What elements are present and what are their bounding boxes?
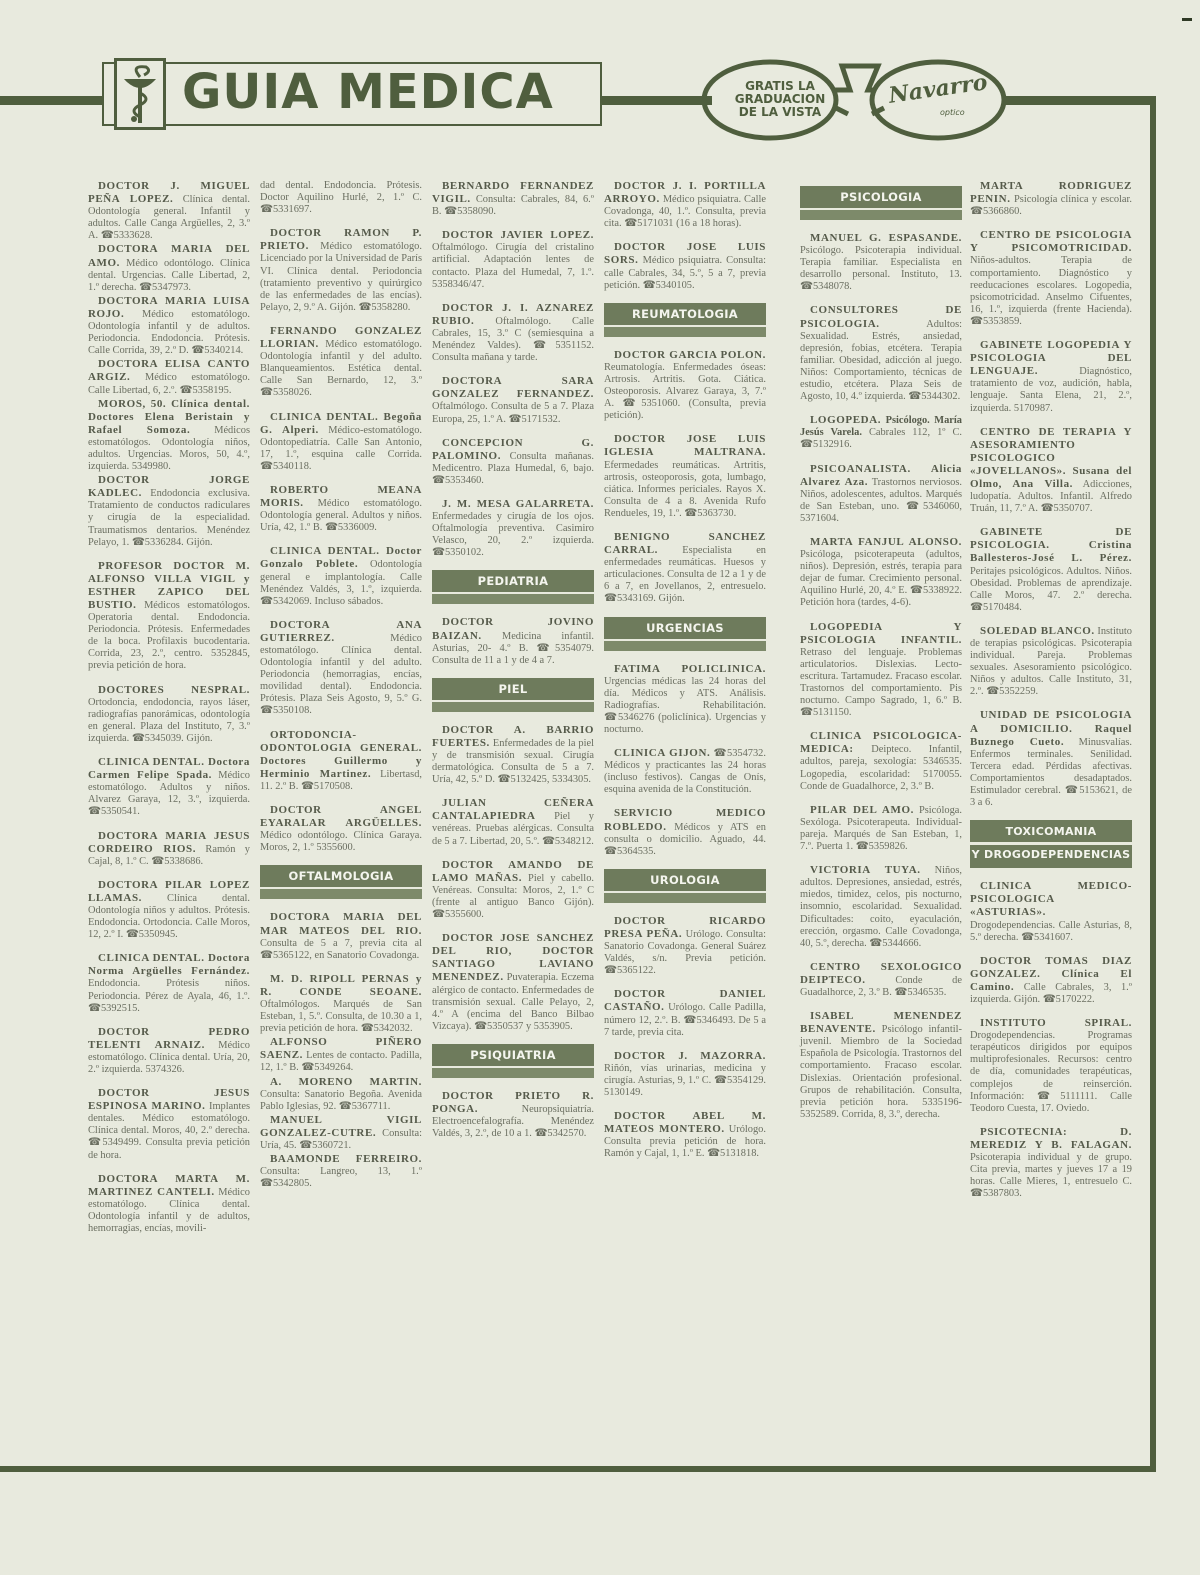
listing-name: MANUEL G. ESPASANDE. [810,232,962,244]
frame-bottom [0,1466,1156,1472]
listing-details: Riñón, vías urinarias, medicina y cirugí… [604,1063,766,1098]
listing-details: Niños-adultos. Terapia de comportamiento… [970,255,1132,326]
section-header: REUMATOLOGIA [604,303,766,337]
listing-entry: ROBERTO MEANA MORIS. Médico estomatólogo… [260,484,422,534]
listing-entry: DOCTOR JOSE SANCHEZ DEL RIO, DOCTOR SANT… [432,932,594,1033]
listing-details: Adultos: Sexualidad. Estrés, ansiedad, d… [800,319,962,403]
listing-details: Psicóloga, psicoterapeuta (adultos, niño… [800,549,962,608]
listing-entry: DOCTORES NESPRAL. Ortodoncia, endodoncia… [88,684,250,745]
listing-name: FATIMA POLICLINICA. [614,663,766,675]
listing-entry: UNIDAD DE PSICOLOGIA A DOMICILIO. Raquel… [970,709,1132,809]
listing-name: DOCTORA SARA GONZALEZ FERNANDEZ. [432,375,594,400]
listing-entry: DOCTOR TOMAS DIAZ GONZALEZ. Clínica El C… [970,955,1132,1006]
listing-entry: MARTA RODRIGUEZ PENIN. Psicología clínic… [970,180,1132,218]
listing-name: DOCTOR JOSE LUIS IGLESIA MALTRANA. [604,433,766,458]
listing-entry: CONCEPCION G. PALOMINO. Consulta mañanas… [432,437,594,487]
listing-details: Efermedades reumáticas. Artritis, artros… [604,460,766,519]
listing-entry: MARTA FANJUL ALONSO. Psicóloga, psicoter… [800,536,962,610]
listing-name: DOCTOR ANGEL EYARALAR ARGÜELLES. [260,804,422,829]
listing-entry: A. MORENO MARTIN. Consulta: Sanatorio Be… [260,1076,422,1113]
listing-details: Ortodoncia, endodoncia, rayos láser, rad… [88,697,250,744]
listing-entry: CLINICA DENTAL. Begoña G. Alperi. Médico… [260,411,422,473]
listing-entry: BERNARDO FERNANDEZ VIGIL. Consulta: Cabr… [432,180,594,218]
listing-name: DOCTORES NESPRAL. [98,684,250,696]
frame-right [1150,96,1156,1472]
listing-details: Retraso del lenguaje. Problemas articula… [800,647,962,718]
listing-entry: SOLEDAD BLANCO. Instituto de terapias ps… [970,625,1132,699]
column-4: DOCTOR J. I. PORTILLA ARROYO. Médico psi… [604,180,766,1171]
listing-details: Niños, adultos. Depresiones, ansiedad, e… [800,865,962,949]
listing-entry: CLINICA GIJON. ☎5354732. Médicos y pract… [604,747,766,796]
listing-name: CLINICA MEDICO-PSICOLOGICA «ASTURIAS». [970,880,1132,918]
listing-name: CLINICA DENTAL. Doctora Norma Argüelles … [88,952,250,977]
listing-entry: DOCTOR JOSE LUIS SORS. Médico psiquiatra… [604,241,766,291]
listing-entry: MANUEL G. ESPASANDE. Psicólogo. Psicoter… [800,232,962,293]
listing-details: dad dental. Endodoncia. Prótesis. Doctor… [260,180,422,215]
listing-entry: VICTORIA TUYA. Niños, adultos. Depresion… [800,864,962,950]
column-3: BERNARDO FERNANDEZ VIGIL. Consulta: Cabr… [432,180,594,1151]
column-1: DOCTOR J. MIGUEL PEÑA LOPEZ. Clínica den… [88,180,250,1246]
listing-entry: DOCTORA ANA GUTIERREZ. Médico estomatólo… [260,619,422,718]
listing-entry: DOCTOR JAVIER LOPEZ. Oftalmólogo. Cirugí… [432,229,594,290]
column-2: dad dental. Endodoncia. Prótesis. Doctor… [260,180,422,1201]
listing-entry: GABINETE DE PSICOLOGIA. Cristina Ballest… [970,526,1132,614]
listing-entry: CENTRO SEXOLOGICO DEIPTECO. Conde de Gua… [800,961,962,999]
masthead-rule-right [1002,96,1156,105]
corner-mark [1182,18,1192,21]
listing-details: Psicólogo. Psicoterapia individual. Tera… [800,245,962,292]
listing-entry: dad dental. Endodoncia. Prótesis. Doctor… [260,180,422,216]
listing-entry: J. M. MESA GALARRETA. Enfermedades y cir… [432,498,594,559]
listing-entry: DOCTOR RICARDO PRESA PEÑA. Urólogo. Cons… [604,915,766,977]
listing-entry: CLINICA PSICOLOGICA-MEDICA: Deipteco. In… [800,730,962,792]
listing-name: A. MORENO MARTIN. [270,1076,422,1088]
listing-entry: DOCTOR PEDRO TELENTI ARNAIZ. Médico esto… [88,1026,250,1076]
listing-entry: DOCTOR J. MAZORRA. Riñón, vías urinarias… [604,1050,766,1099]
masthead-rule-left [0,96,102,105]
ad-line-3: DE LA VISTA [730,106,830,119]
section-title: PIEL [432,678,594,700]
section-title: TOXICOMANIA [970,820,1132,843]
section-header: PSICOLOGIA [800,186,962,220]
listing-name: LOGOPEDA. [810,414,881,426]
listing-entry: CONSULTORES DE PSICOLOGIA. Adultos: Sexu… [800,304,962,403]
listing-name: VICTORIA TUYA. [810,864,921,876]
listing-details: Endodoncia. Prótesis niños. Periodoncia.… [88,978,250,1013]
page-title: GUIA MEDICA [182,60,554,124]
listing-name: DOCTOR JAVIER LOPEZ. [442,229,594,241]
listing-entry: DOCTOR JORGE KADLEC. Endodoncia exclusiv… [88,474,250,549]
listing-entry: LOGOPEDA. Psicólogo. María Jesús Varela.… [800,414,962,451]
section-title: PSIQUIATRIA [432,1044,594,1066]
section-header: UROLOGIA [604,869,766,903]
section-header: PSIQUIATRIA [432,1044,594,1078]
masthead-rule-mid [602,96,712,105]
listing-name: DOCTOR J. MAZORRA. [614,1050,766,1062]
listing-entry: DOCTOR ABEL M. MATEOS MONTERO. Urólogo. … [604,1110,766,1160]
section-header: PIEL [432,678,594,712]
section-header: TOXICOMANIAY DROGODEPENDENCIAS [970,820,1132,868]
listing-entry: DOCTOR J. MIGUEL PEÑA LOPEZ. Clínica den… [88,180,250,242]
listing-entry: GABINETE LOGOPEDIA Y PSICOLOGIA DEL LENG… [970,339,1132,415]
listing-entry: FERNANDO GONZALEZ LLORIAN. Médico estoma… [260,325,422,400]
section-title: PEDIATRIA [432,570,594,592]
ad-lens-text: GRATIS LA GRADUACION DE LA VISTA [730,80,830,119]
column-5: PSICOLOGIAMANUEL G. ESPASANDE. Psicólogo… [800,180,962,1132]
listing-entry: DOCTOR DANIEL CASTAÑO. Urólogo. Calle Pa… [604,988,766,1038]
section-title: REUMATOLOGIA [604,303,766,325]
listing-entry: CENTRO DE PSICOLOGIA Y PSICOMOTRICIDAD. … [970,229,1132,328]
listing-entry: LOGOPEDIA Y PSICOLOGIA INFANTIL. Retraso… [800,621,962,720]
listing-name: INSTITUTO SPIRAL. [980,1017,1132,1029]
listing-entry: ALFONSO PIÑERO SAENZ. Lentes de contacto… [260,1036,422,1074]
listing-details: Enfermedades y cirugía de los ojos. Ofta… [432,511,594,558]
listing-entry: DOCTOR PRIETO R. PONGA. Neuropsiquiatría… [432,1090,594,1140]
listing-details: Consulta: Sanatorio Begoña. Avenida Pabl… [260,1089,422,1112]
section-title: URGENCIAS [604,617,766,639]
listing-entry: MOROS, 50. Clínica dental. Doctores Elen… [88,398,250,474]
listing-details: Consulta: Langreo, 13, 1.º ☎5342805. [260,1166,422,1189]
section-title: UROLOGIA [604,869,766,891]
listing-entry: FATIMA POLICLINICA. Urgencias médicas la… [604,663,766,737]
listing-name: BAAMONDE FERREIRO. [270,1153,422,1165]
listing-name: DOCTORA MARIA DEL MAR MATEOS DEL RIO. [260,911,422,936]
listing-name: PILAR DEL AMO. [810,804,914,816]
listing-name: CENTRO DE PSICOLOGIA Y PSICOMOTRICIDAD. [970,229,1132,254]
listing-entry: DOCTOR AMANDO DE LAMO MAÑAS. Piel y cabe… [432,859,594,921]
listing-entry: DOCTORA MARIA DEL AMO. Médico odontólogo… [88,243,250,293]
listing-details: Médico estomatólogo. Clínica dental. Odo… [260,633,422,717]
section-title: PSICOLOGIA [800,186,962,208]
newspaper-page: GUIA MEDICA GRATIS LA GRADUACION DE LA V… [0,0,1200,1575]
listing-details: Drogodependencias. Calle Asturias, 8, 5.… [970,920,1132,943]
section-title: OFTALMOLOGIA [260,865,422,887]
listing-entry: DOCTOR JOSE LUIS IGLESIA MALTRANA. Eferm… [604,433,766,520]
listing-details: Urgencias médicas las 24 horas del día. … [604,676,766,735]
caduceus-bowl-icon [114,58,166,130]
section-header: PEDIATRIA [432,570,594,604]
listing-details: Psicoterapia individual y de grupo. Cita… [970,1152,1132,1199]
listing-details: Oftalmólogo. Cirugía del cristalino arti… [432,242,594,289]
listing-entry: DOCTOR JESUS ESPINOSA MARINO. Implantes … [88,1087,250,1162]
listing-entry: DOCTORA MARTA M. MARTINEZ CANTELI. Médic… [88,1173,250,1235]
listing-entry: CLINICA DENTAL. Doctora Norma Argüelles … [88,952,250,1014]
listing-entry: DOCTOR A. BARRIO FUERTES. Enfermedades d… [432,724,594,786]
listing-entry: MANUEL VIGIL GONZALEZ-CUTRE. Consulta: U… [260,1114,422,1152]
listing-details: Peritajes psicológicos. Adultos. Niños. … [970,566,1132,613]
listing-entry: DOCTORA ELISA CANTO ARGIZ. Médico estoma… [88,358,250,396]
listing-entry: PROFESOR DOCTOR M. ALFONSO VILLA VIGIL y… [88,560,250,673]
listing-entry: M. D. RIPOLL PERNAS y R. CONDE SEOANE. O… [260,973,422,1035]
listing-entry: BAAMONDE FERREIRO. Consulta: Langreo, 13… [260,1153,422,1190]
listing-entry: DOCTOR JOVINO BAIZAN. Medicina infantil.… [432,616,594,666]
section-title-line-2: Y DROGODEPENDENCIAS [970,843,1132,866]
listing-details: Psicólogo infantil-juvenil. Miembro de l… [800,1024,962,1120]
listing-entry: DOCTORA SARA GONZALEZ FERNANDEZ. Oftalmó… [432,375,594,425]
listing-entry: CLINICA MEDICO-PSICOLOGICA «ASTURIAS». D… [970,880,1132,943]
section-header: URGENCIAS [604,617,766,651]
listing-details: Consulta de 5 a 7, previa cita al ☎53651… [260,938,422,961]
listing-name: SOLEDAD BLANCO. [980,625,1095,637]
listing-entry: PSICOANALISTA. Alicia Alvarez Aza. Trast… [800,463,962,525]
listing-entry: BENIGNO SANCHEZ CARRAL. Especialista en … [604,531,766,606]
listing-entry: DOCTORA MARIA JESUS CORDEIRO RIOS. Ramón… [88,830,250,868]
listing-name: CLINICA GIJON. [614,747,710,759]
listing-entry: PILAR DEL AMO. Psicóloga. Sexóloga. Psic… [800,804,962,853]
listing-name: J. M. MESA GALARRETA. [442,498,594,510]
listing-entry: CENTRO DE TERAPIA Y ASESORAMIENTO PSICOL… [970,426,1132,516]
listing-entry: CLINICA DENTAL. Doctor Gonzalo Poblete. … [260,545,422,607]
listing-entry: ORTODONCIA-ODONTOLOGIA GENERAL. Doctores… [260,729,422,793]
column-6: MARTA RODRIGUEZ PENIN. Psicología clínic… [970,180,1132,1211]
listing-name: GABINETE DE PSICOLOGIA. Cristina Ballest… [970,526,1132,564]
listing-details: Oftalmólogo. Consulta de 5 a 7. Plaza Eu… [432,401,594,424]
brand-subtitle: optico [940,108,965,117]
listing-entry: SERVICIO MEDICO ROBLEDO. Médicos y ATS e… [604,807,766,857]
listing-entry: DOCTOR ANGEL EYARALAR ARGÜELLES. Médico … [260,804,422,854]
listing-name: DOCTOR GARCIA POLON. [614,349,766,361]
listing-entry: ISABEL MENENDEZ BENAVENTE. Psicólogo inf… [800,1010,962,1121]
listing-details: Reumatología. Enfermedades óseas: Artros… [604,362,766,421]
listing-entry: DOCTORA MARIA LUISA ROJO. Médico estomat… [88,295,250,357]
listing-details: Médico odontólogo. Clínica Garaya. Moros… [260,830,422,853]
listing-entry: CLINICA DENTAL. Doctora Carmen Felipe Sp… [88,756,250,818]
listing-name: M. D. RIPOLL PERNAS y R. CONDE SEOANE. [260,973,422,998]
listing-entry: DOCTOR RAMON P. PRIETO. Médico estomatól… [260,227,422,314]
listing-entry: DOCTORA MARIA DEL MAR MATEOS DEL RIO. Co… [260,911,422,961]
listing-name: MARTA FANJUL ALONSO. [810,536,962,548]
listing-entry: INSTITUTO SPIRAL. Drogodependencias. Pro… [970,1017,1132,1115]
listing-entry: PSICOTECNIA: D. MEREDIZ Y B. FALAGAN. Ps… [970,1126,1132,1201]
listing-details: Drogodependencias. Programas terapéutico… [970,1030,1132,1114]
listing-details: Oftalmólogos. Marqués de San Esteban, 1,… [260,999,422,1034]
listing-entry: DOCTOR J. I. PORTILLA ARROYO. Médico psi… [604,180,766,230]
listing-name: LOGOPEDIA Y PSICOLOGIA INFANTIL. [800,621,962,646]
listing-name: PSICOTECNIA: D. MEREDIZ Y B. FALAGAN. [970,1126,1132,1151]
listing-entry: DOCTORA PILAR LOPEZ LLAMAS. Clínica dent… [88,879,250,941]
section-header: OFTALMOLOGIA [260,865,422,899]
listing-entry: DOCTOR GARCIA POLON. Reumatología. Enfer… [604,349,766,423]
listing-entry: JULIAN CEÑERA CANTALAPIEDRA Piel y venér… [432,797,594,847]
listing-entry: DOCTOR J. I. AZNAREZ RUBIO. Oftalmólogo.… [432,302,594,364]
